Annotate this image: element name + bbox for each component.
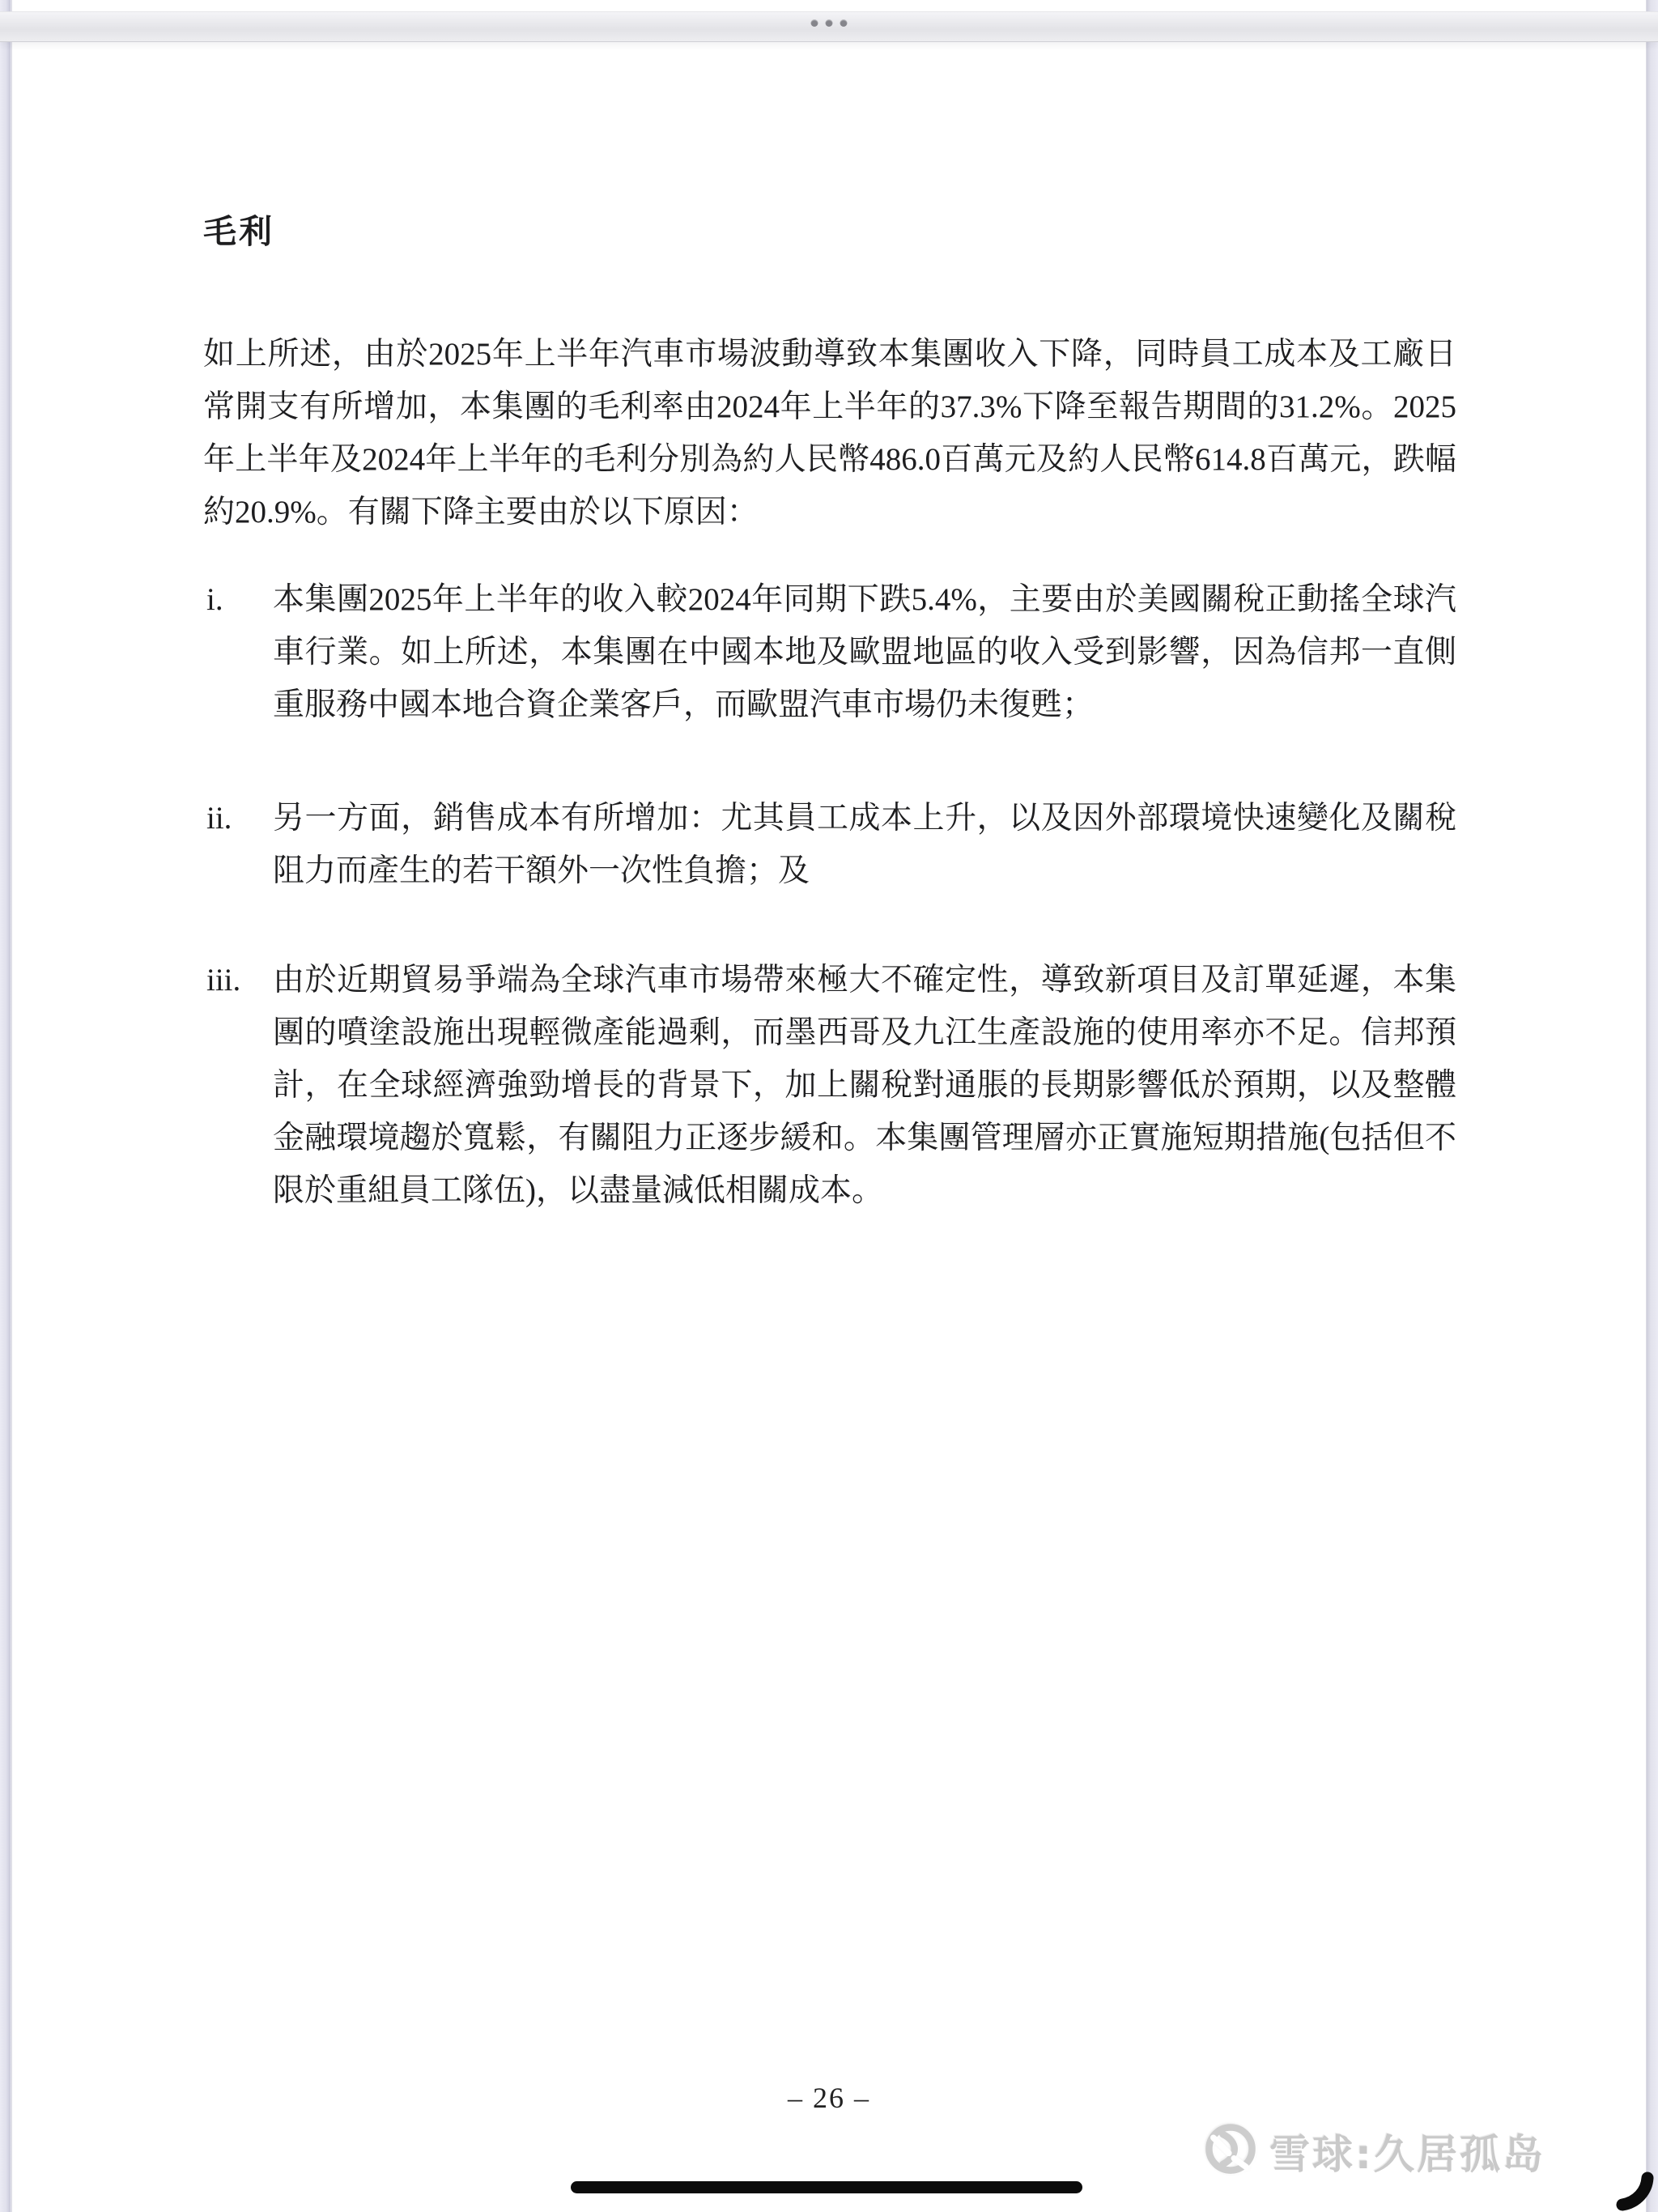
reason-item-iii: iii. 由於近期貿易爭端為全球汽車市場帶來極大不確定性，導致新項目及訂單延遲，… xyxy=(206,954,1456,1217)
window-top-bar xyxy=(0,11,1658,42)
ellipsis-dot-icon xyxy=(840,19,848,27)
reason-text: 由於近期貿易爭端為全球汽車市場帶來極大不確定性，導致新項目及訂單延遲，本集團的噴… xyxy=(273,954,1456,1217)
reason-text: 本集團2025年上半年的收入較2024年同期下跌5.4%，主要由於美國關稅正動搖… xyxy=(273,573,1456,731)
ellipsis-dot-icon xyxy=(811,19,818,27)
reason-item-ii: ii. 另一方面，銷售成本有所增加：尤其員工成本上升，以及因外部環境快速變化及關… xyxy=(206,792,1456,897)
reason-text: 另一方面，銷售成本有所增加：尤其員工成本上升，以及因外部環境快速變化及關稅阻力而… xyxy=(273,792,1456,897)
watermark-text: 雪球:久居孤岛 xyxy=(1269,2122,1545,2180)
home-indicator-bar[interactable] xyxy=(571,2181,1082,2193)
intro-paragraph: 如上所述，由於2025年上半年汽車市場波動導致本集團收入下降，同時員工成本及工廠… xyxy=(203,328,1456,538)
watermark: 雪球:久居孤岛 xyxy=(1203,2121,1545,2180)
viewer-background-left-strip xyxy=(0,0,11,2212)
screen: 毛利 如上所述，由於2025年上半年汽車市場波動導致本集團收入下降，同時員工成本… xyxy=(0,0,1658,2212)
page-number: – 26 – xyxy=(12,2081,1646,2115)
reason-item-i: i. 本集團2025年上半年的收入較2024年同期下跌5.4%，主要由於美國關稅… xyxy=(206,573,1456,731)
reason-marker: ii. xyxy=(206,792,273,897)
reason-marker: iii. xyxy=(206,954,273,1217)
xueqiu-snowball-logo-icon xyxy=(1203,2121,1258,2180)
ellipsis-dot-icon xyxy=(826,19,833,27)
reason-marker: i. xyxy=(206,573,273,731)
pen-comma-stroke-icon xyxy=(1614,2168,1655,2212)
more-options-handle[interactable] xyxy=(806,16,852,30)
section-heading: 毛利 xyxy=(203,205,274,253)
viewer-background-right-strip xyxy=(1645,0,1658,2212)
document-page[interactable]: 毛利 如上所述，由於2025年上半年汽車市場波動導致本集團收入下降，同時員工成本… xyxy=(11,0,1647,2212)
